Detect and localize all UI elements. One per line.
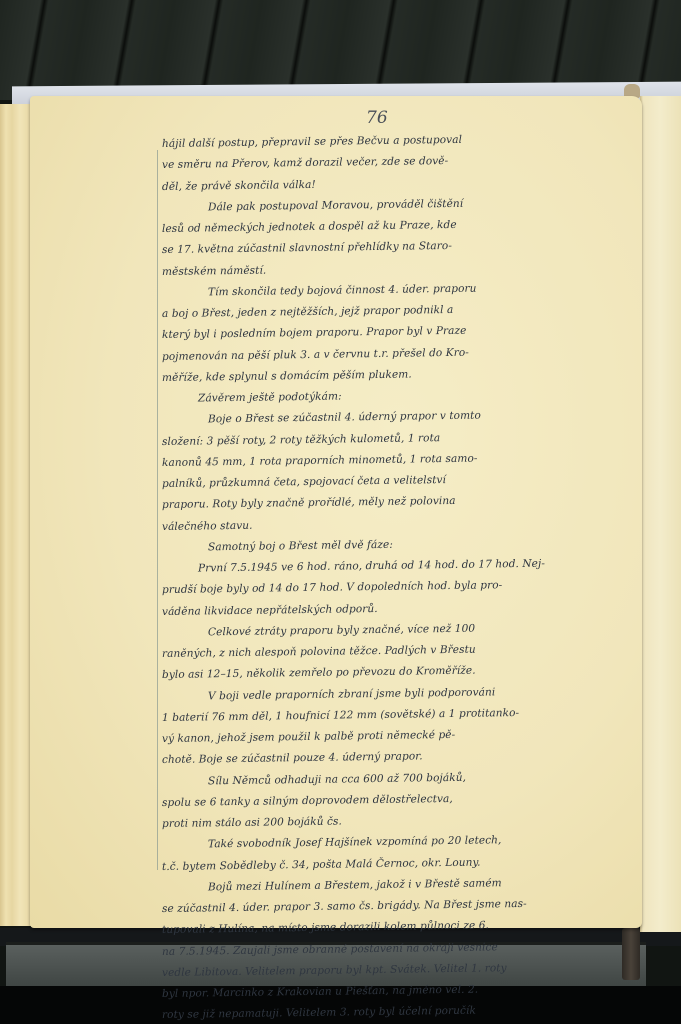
page-number: 76 [366,108,388,128]
handwritten-text-block: hájil další postup, přepravil se přes Be… [162,134,617,1024]
book-clip-bottom [622,928,640,980]
right-page-edge [640,96,681,932]
margin-line [157,150,158,870]
